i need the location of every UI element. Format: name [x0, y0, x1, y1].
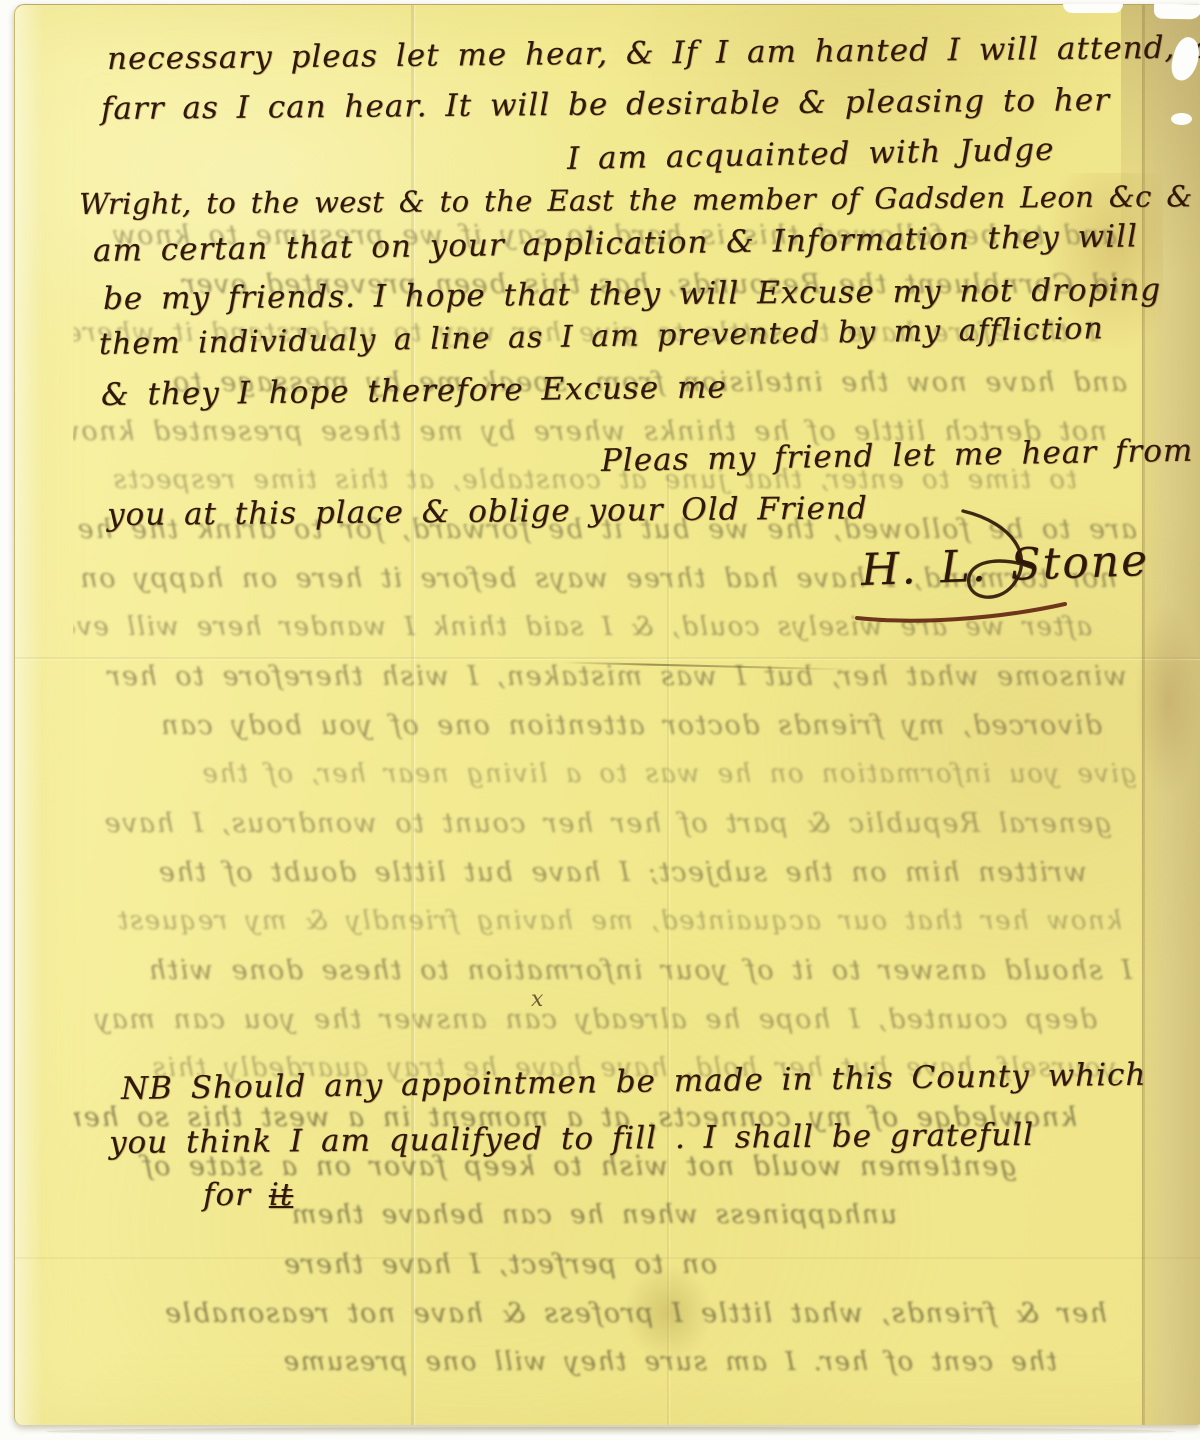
torn-edge-notch — [1063, 4, 1123, 13]
signature-underline — [851, 597, 1073, 625]
paper-left-edge-highlight — [15, 5, 43, 1425]
letter-line: farr as I can hear. It will be desirable… — [101, 82, 1110, 127]
letter-line: necessary pleas let me hear, & If I am h… — [107, 29, 1200, 77]
bleedthrough-line: give you information on he was to a livi… — [73, 750, 1137, 799]
letter-line: I am acquainted with Judge — [567, 132, 1055, 177]
bleedthrough-line: written him on the subject; I have but l… — [73, 848, 1137, 897]
signature: H. L. Stone — [860, 535, 1150, 596]
bleedthrough-line: the cent of her. I am sure they will one… — [73, 1338, 1137, 1387]
postscript-it-struck: it — [269, 1177, 293, 1213]
scanner-background: and to be followed this is hard to say i… — [0, 0, 1200, 1440]
bleedthrough-line: her & friends, what little I profess & h… — [73, 1289, 1137, 1338]
bleedthrough-line: deep counted, I hope he already can answ… — [73, 995, 1137, 1044]
letter-line: you at this place & oblige your Old Frie… — [107, 490, 868, 533]
bleedthrough-line: know her that our acquainted, me having … — [73, 897, 1137, 946]
bleedthrough-line: on to perfect, I have there — [73, 1240, 1137, 1289]
letter-paper-sheet: and to be followed this is hard to say i… — [14, 4, 1200, 1425]
letter-line: & they I hope therefore Excuse me — [101, 369, 727, 413]
postscript-line: for it — [203, 1177, 293, 1213]
paper-bottom-shadow — [46, 1427, 1176, 1436]
bleedthrough-line: general Republic & part of her her count… — [73, 799, 1137, 848]
postscript-for: for — [203, 1177, 269, 1213]
torn-edge-notch — [1171, 113, 1192, 125]
bleedthrough-line: winsome what her, but I was mistaken, I … — [73, 652, 1137, 701]
torn-edge-notch — [1154, 4, 1200, 20]
bleedthrough-line: divorced, my friends doctor attention on… — [73, 701, 1137, 750]
bleedthrough-line: I should answer to it of your informatio… — [73, 946, 1137, 995]
inserted-x-mark: x — [531, 987, 543, 1012]
